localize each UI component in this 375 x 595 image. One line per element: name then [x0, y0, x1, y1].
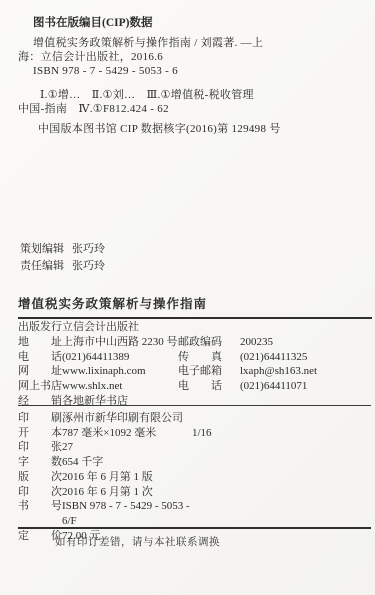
book-title: 增值税实务政策解析与操作指南	[18, 297, 207, 311]
cip-classification-line-1: Ⅰ.①增… Ⅱ.①刘… Ⅲ.①增值税-税收管理	[40, 88, 361, 102]
responsible-editor-name: 张巧玲	[72, 258, 355, 275]
online-store-row: 网上书店 www.shlx.net 电话 (021)64411071	[18, 379, 370, 394]
cip-title-line-1: 增值税实务政策解析与操作指南 / 刘霞著. —上	[33, 36, 361, 50]
cip-isbn-line: ISBN 978 - 7 - 5429 - 5053 - 6	[33, 64, 361, 78]
wordcount-label: 字数	[18, 455, 62, 470]
edition-row: 版次 2016 年 6 月第 1 版	[18, 470, 370, 485]
distributor-row: 经销 各地新华书店	[18, 394, 370, 409]
format-fraction: 1/16	[192, 426, 370, 441]
isbn-row: 书号 ISBN 978 - 7 - 5429 - 5053 - 6/F	[18, 499, 370, 528]
cip-record-number-line: 中国版本图书馆 CIP 数据核字(2016)第 129498 号	[38, 122, 361, 136]
distributor-value: 各地新华书店	[62, 394, 370, 409]
printer-row: 印刷 涿州市新华印刷有限公司	[18, 411, 370, 426]
online-store-value: www.shlx.net	[62, 379, 178, 394]
isbn-label: 书号	[18, 499, 62, 514]
email-value: lxaph@sh163.net	[240, 364, 370, 379]
planning-editor-name: 张巧玲	[72, 241, 355, 258]
cip-classification-line-2: 中国-指南 Ⅳ.①F812.424 - 62	[18, 102, 361, 116]
address-row: 地址 上海市中山西路 2230 号 邮政编码 200235	[18, 335, 370, 350]
phone2-label: 电话	[178, 379, 222, 394]
phone2-value: (021)64411071	[240, 379, 370, 394]
isbn-value: ISBN 978 - 7 - 5429 - 5053 - 6/F	[62, 499, 192, 528]
fax-value: (021)64411325	[240, 350, 370, 365]
impression-value: 2016 年 6 月第 1 次	[62, 485, 192, 500]
planning-editor-label: 策划编辑	[20, 241, 72, 258]
cip-data-block: 图书在版编目(CIP)数据 增值税实务政策解析与操作指南 / 刘霞著. —上 海…	[18, 16, 361, 136]
distributor-label: 经销	[18, 394, 62, 409]
postcode-label: 邮政编码	[178, 335, 222, 350]
format-value: 787 毫米×1092 毫米	[62, 426, 192, 441]
printer-value: 涿州市新华印刷有限公司	[62, 411, 192, 426]
website-value: www.lixinaph.com	[62, 364, 178, 379]
book-title-bar: 增值税实务政策解析与操作指南	[18, 294, 372, 319]
impression-row: 印次 2016 年 6 月第 1 次	[18, 485, 370, 500]
phone-label: 电话	[18, 350, 62, 365]
address-value: 上海市中山西路 2230 号	[62, 335, 178, 350]
edition-value: 2016 年 6 月第 1 版	[62, 470, 192, 485]
online-store-label: 网上书店	[18, 379, 62, 394]
address-label: 地址	[18, 335, 62, 350]
phone-row: 电话 (021)64411389 传真 (021)64411325	[18, 350, 370, 365]
format-row: 开本 787 毫米×1092 毫米 1/16	[18, 426, 370, 441]
email-label: 电子邮箱	[178, 364, 222, 379]
impression-label: 印次	[18, 485, 62, 500]
responsible-editor-row: 责任编辑 张巧玲	[20, 258, 355, 275]
wordcount-row: 字数 654 千字	[18, 455, 370, 470]
cip-heading: 图书在版编目(CIP)数据	[33, 16, 361, 30]
sheets-value: 27	[62, 440, 192, 455]
phone-value: (021)64411389	[62, 350, 178, 365]
responsible-editor-label: 责任编辑	[20, 258, 72, 275]
wordcount-value: 654 千字	[62, 455, 192, 470]
planning-editor-row: 策划编辑 张巧玲	[20, 241, 355, 258]
sheets-row: 印张 27	[18, 440, 370, 455]
publisher-value: 立信会计出版社	[62, 320, 370, 335]
cip-title-line-2: 海：立信会计出版社，2016.6	[18, 50, 361, 64]
fax-label: 传真	[178, 350, 222, 365]
website-label: 网址	[18, 364, 62, 379]
divider-rule-middle	[18, 405, 371, 406]
postcode-value: 200235	[240, 335, 370, 350]
colophon-page: 图书在版编目(CIP)数据 增值税实务政策解析与操作指南 / 刘霞著. —上 海…	[0, 0, 375, 595]
printer-label: 印刷	[18, 411, 62, 426]
publisher-row: 出版发行 立信会计出版社	[18, 320, 370, 335]
publisher-label: 出版发行	[18, 320, 62, 335]
print-info-table: 印刷 涿州市新华印刷有限公司 开本 787 毫米×1092 毫米 1/16 印张…	[18, 411, 370, 543]
divider-rule-bottom	[18, 527, 371, 529]
format-label: 开本	[18, 426, 62, 441]
footer-note: 如有印订差错，请与本社联系调换	[55, 534, 220, 549]
sheets-label: 印张	[18, 440, 62, 455]
editors-block: 策划编辑 张巧玲 责任编辑 张巧玲	[20, 241, 355, 275]
publisher-info-table: 出版发行 立信会计出版社 地址 上海市中山西路 2230 号 邮政编码 2002…	[18, 320, 370, 409]
website-row: 网址 www.lixinaph.com 电子邮箱 lxaph@sh163.net	[18, 364, 370, 379]
edition-label: 版次	[18, 470, 62, 485]
